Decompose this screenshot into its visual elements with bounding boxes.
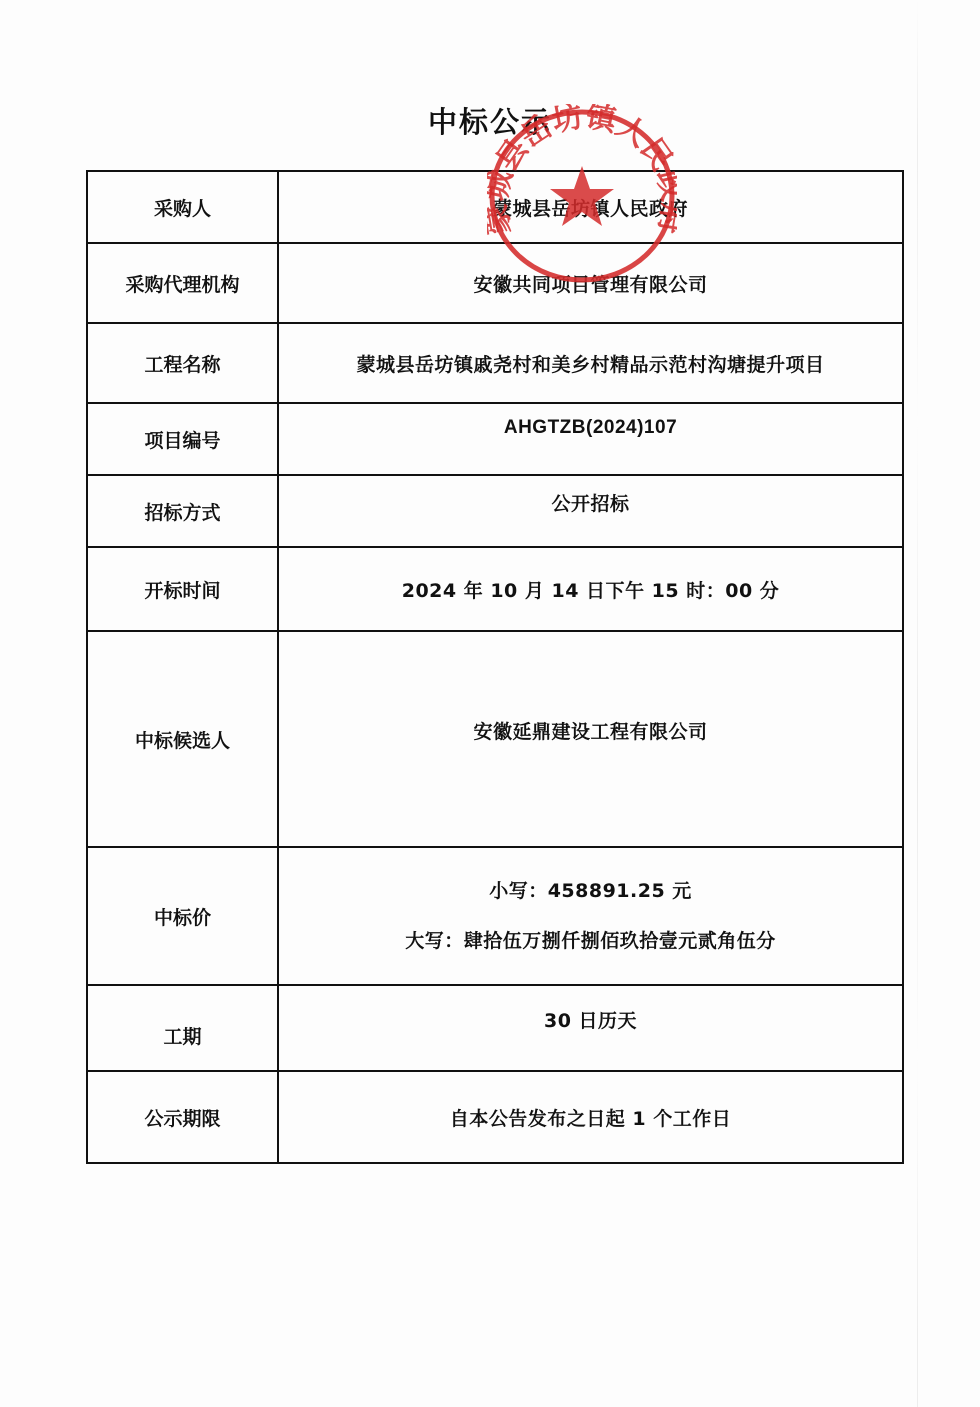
label-bidding-method: 招标方式	[87, 475, 278, 547]
document-page: 中标公示 采购人 蒙城县岳坊镇人民政府 采购代理机构 安徽共同项目管理有限公司 …	[0, 0, 980, 1407]
table-row-purchaser: 采购人 蒙城县岳坊镇人民政府	[87, 171, 903, 243]
value-bidding-method: 公开招标	[278, 475, 903, 547]
scan-edge-shadow	[917, 0, 918, 1407]
label-project-name: 工程名称	[87, 323, 278, 403]
label-agency: 采购代理机构	[87, 243, 278, 323]
label-publicity-period: 公示期限	[87, 1071, 278, 1163]
value-publicity-period: 自本公告发布之日起 1 个工作日	[278, 1071, 903, 1163]
table-row-agency: 采购代理机构 安徽共同项目管理有限公司	[87, 243, 903, 323]
table-row-bidding-method: 招标方式 公开招标	[87, 475, 903, 547]
price-lowercase: 小写：458891.25 元	[279, 878, 902, 904]
table-row-winning-price: 中标价 小写：458891.25 元 大写：肆拾伍万捌仟捌佰玖拾壹元贰角伍分	[87, 847, 903, 985]
label-opening-time: 开标时间	[87, 547, 278, 631]
price-uppercase: 大写：肆拾伍万捌仟捌佰玖拾壹元贰角伍分	[279, 928, 902, 954]
table-row-opening-time: 开标时间 2024 年 10 月 14 日下午 15 时：00 分	[87, 547, 903, 631]
label-project-number: 项目编号	[87, 403, 278, 475]
table-row-publicity-period: 公示期限 自本公告发布之日起 1 个工作日	[87, 1071, 903, 1163]
value-purchaser: 蒙城县岳坊镇人民政府	[278, 171, 903, 243]
value-winning-candidate: 安徽延鼎建设工程有限公司	[278, 631, 903, 847]
value-winning-price: 小写：458891.25 元 大写：肆拾伍万捌仟捌佰玖拾壹元贰角伍分	[278, 847, 903, 985]
value-duration: 30 日历天	[278, 985, 903, 1071]
document-title: 中标公示	[0, 100, 980, 141]
label-winning-price: 中标价	[87, 847, 278, 985]
value-agency: 安徽共同项目管理有限公司	[278, 243, 903, 323]
label-duration: 工期	[87, 985, 278, 1071]
table-row-duration: 工期 30 日历天	[87, 985, 903, 1071]
table-row-project-name: 工程名称 蒙城县岳坊镇戚尧村和美乡村精品示范村沟塘提升项目	[87, 323, 903, 403]
label-purchaser: 采购人	[87, 171, 278, 243]
table-row-project-number: 项目编号 AHGTZB(2024)107	[87, 403, 903, 475]
award-notice-table: 采购人 蒙城县岳坊镇人民政府 采购代理机构 安徽共同项目管理有限公司 工程名称 …	[86, 170, 904, 1164]
value-project-number: AHGTZB(2024)107	[278, 403, 903, 475]
value-opening-time: 2024 年 10 月 14 日下午 15 时：00 分	[278, 547, 903, 631]
label-winning-candidate: 中标候选人	[87, 631, 278, 847]
table-row-winning-candidate: 中标候选人 安徽延鼎建设工程有限公司	[87, 631, 903, 847]
value-project-name: 蒙城县岳坊镇戚尧村和美乡村精品示范村沟塘提升项目	[278, 323, 903, 403]
